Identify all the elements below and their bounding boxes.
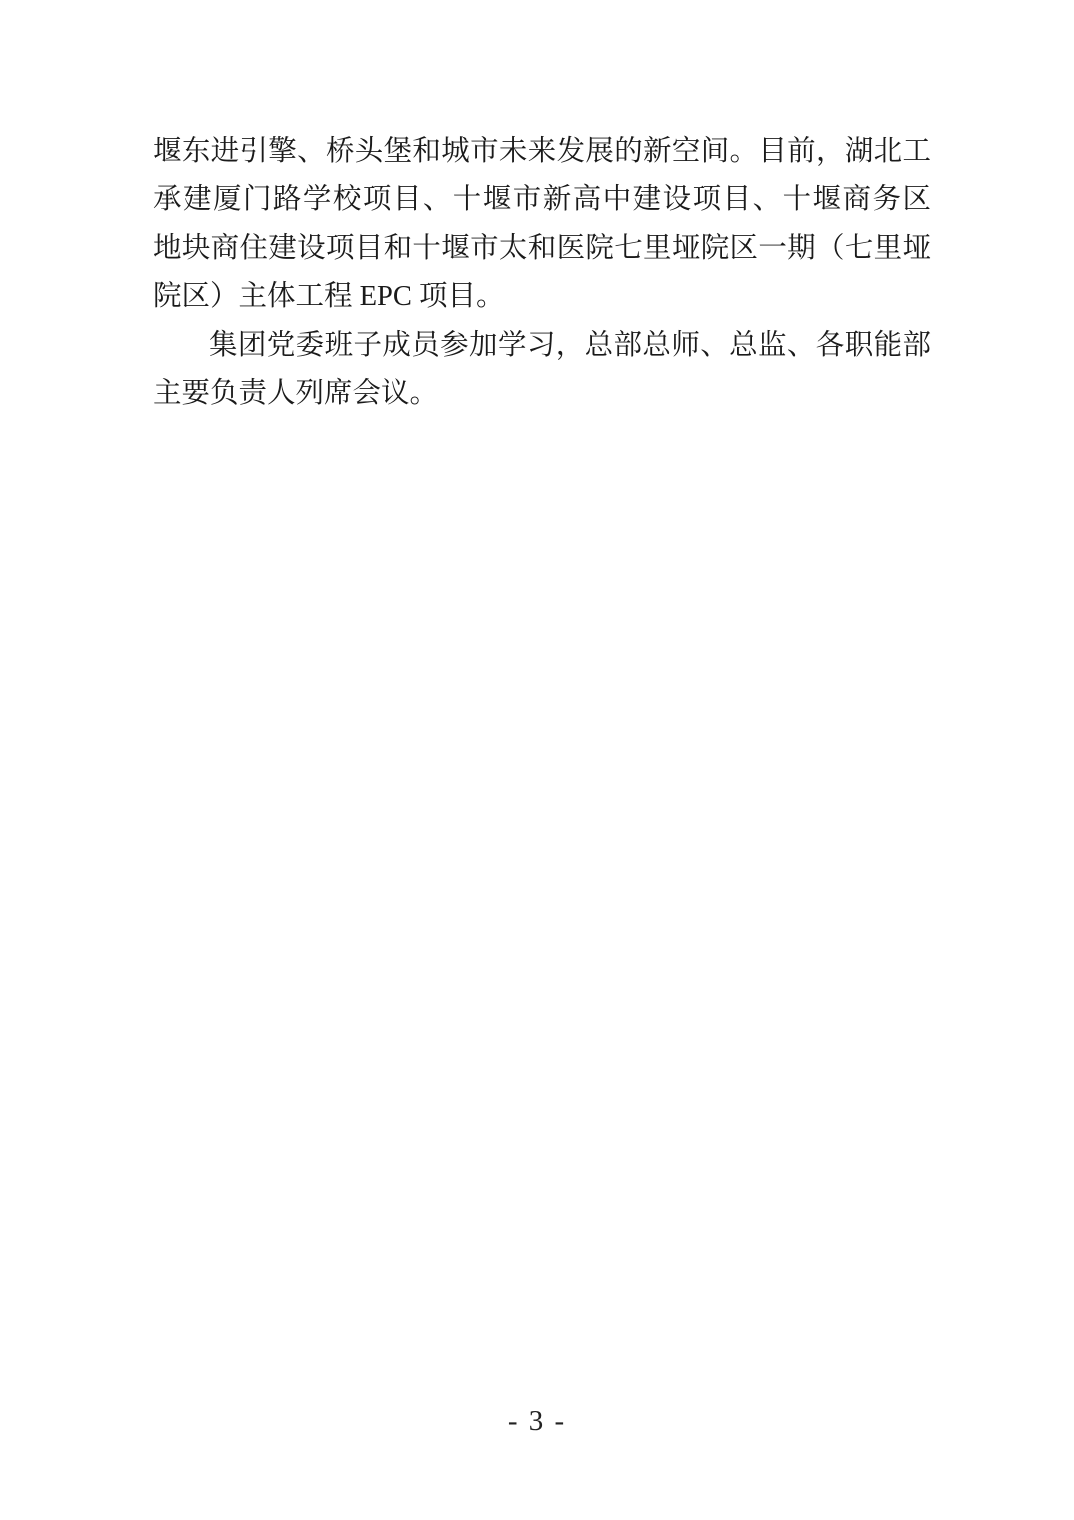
text-line-3: 地块商住建设项目和十堰市太和医院七里垭院区一期（七里垭新	[153, 225, 931, 273]
text-line-2: 承建厦门路学校项目、十堰市新高中建设项目、十堰商务区 C08	[153, 176, 931, 224]
text-line-6: 主要负责人列席会议。	[153, 370, 931, 418]
document-page: 堰东进引擎、桥头堡和城市未来发展的新空间。目前，湖北工建 承建厦门路学校项目、十…	[0, 0, 1074, 1520]
text-line-1: 堰东进引擎、桥头堡和城市未来发展的新空间。目前，湖北工建	[153, 128, 931, 176]
page-number: - 3 -	[0, 1405, 1074, 1438]
text-line-5: 集团党委班子成员参加学习，总部总师、总监、各职能部门	[153, 322, 931, 370]
text-line-4: 院区）主体工程 EPC 项目。	[153, 273, 931, 321]
body-text-block: 堰东进引擎、桥头堡和城市未来发展的新空间。目前，湖北工建 承建厦门路学校项目、十…	[153, 128, 931, 418]
